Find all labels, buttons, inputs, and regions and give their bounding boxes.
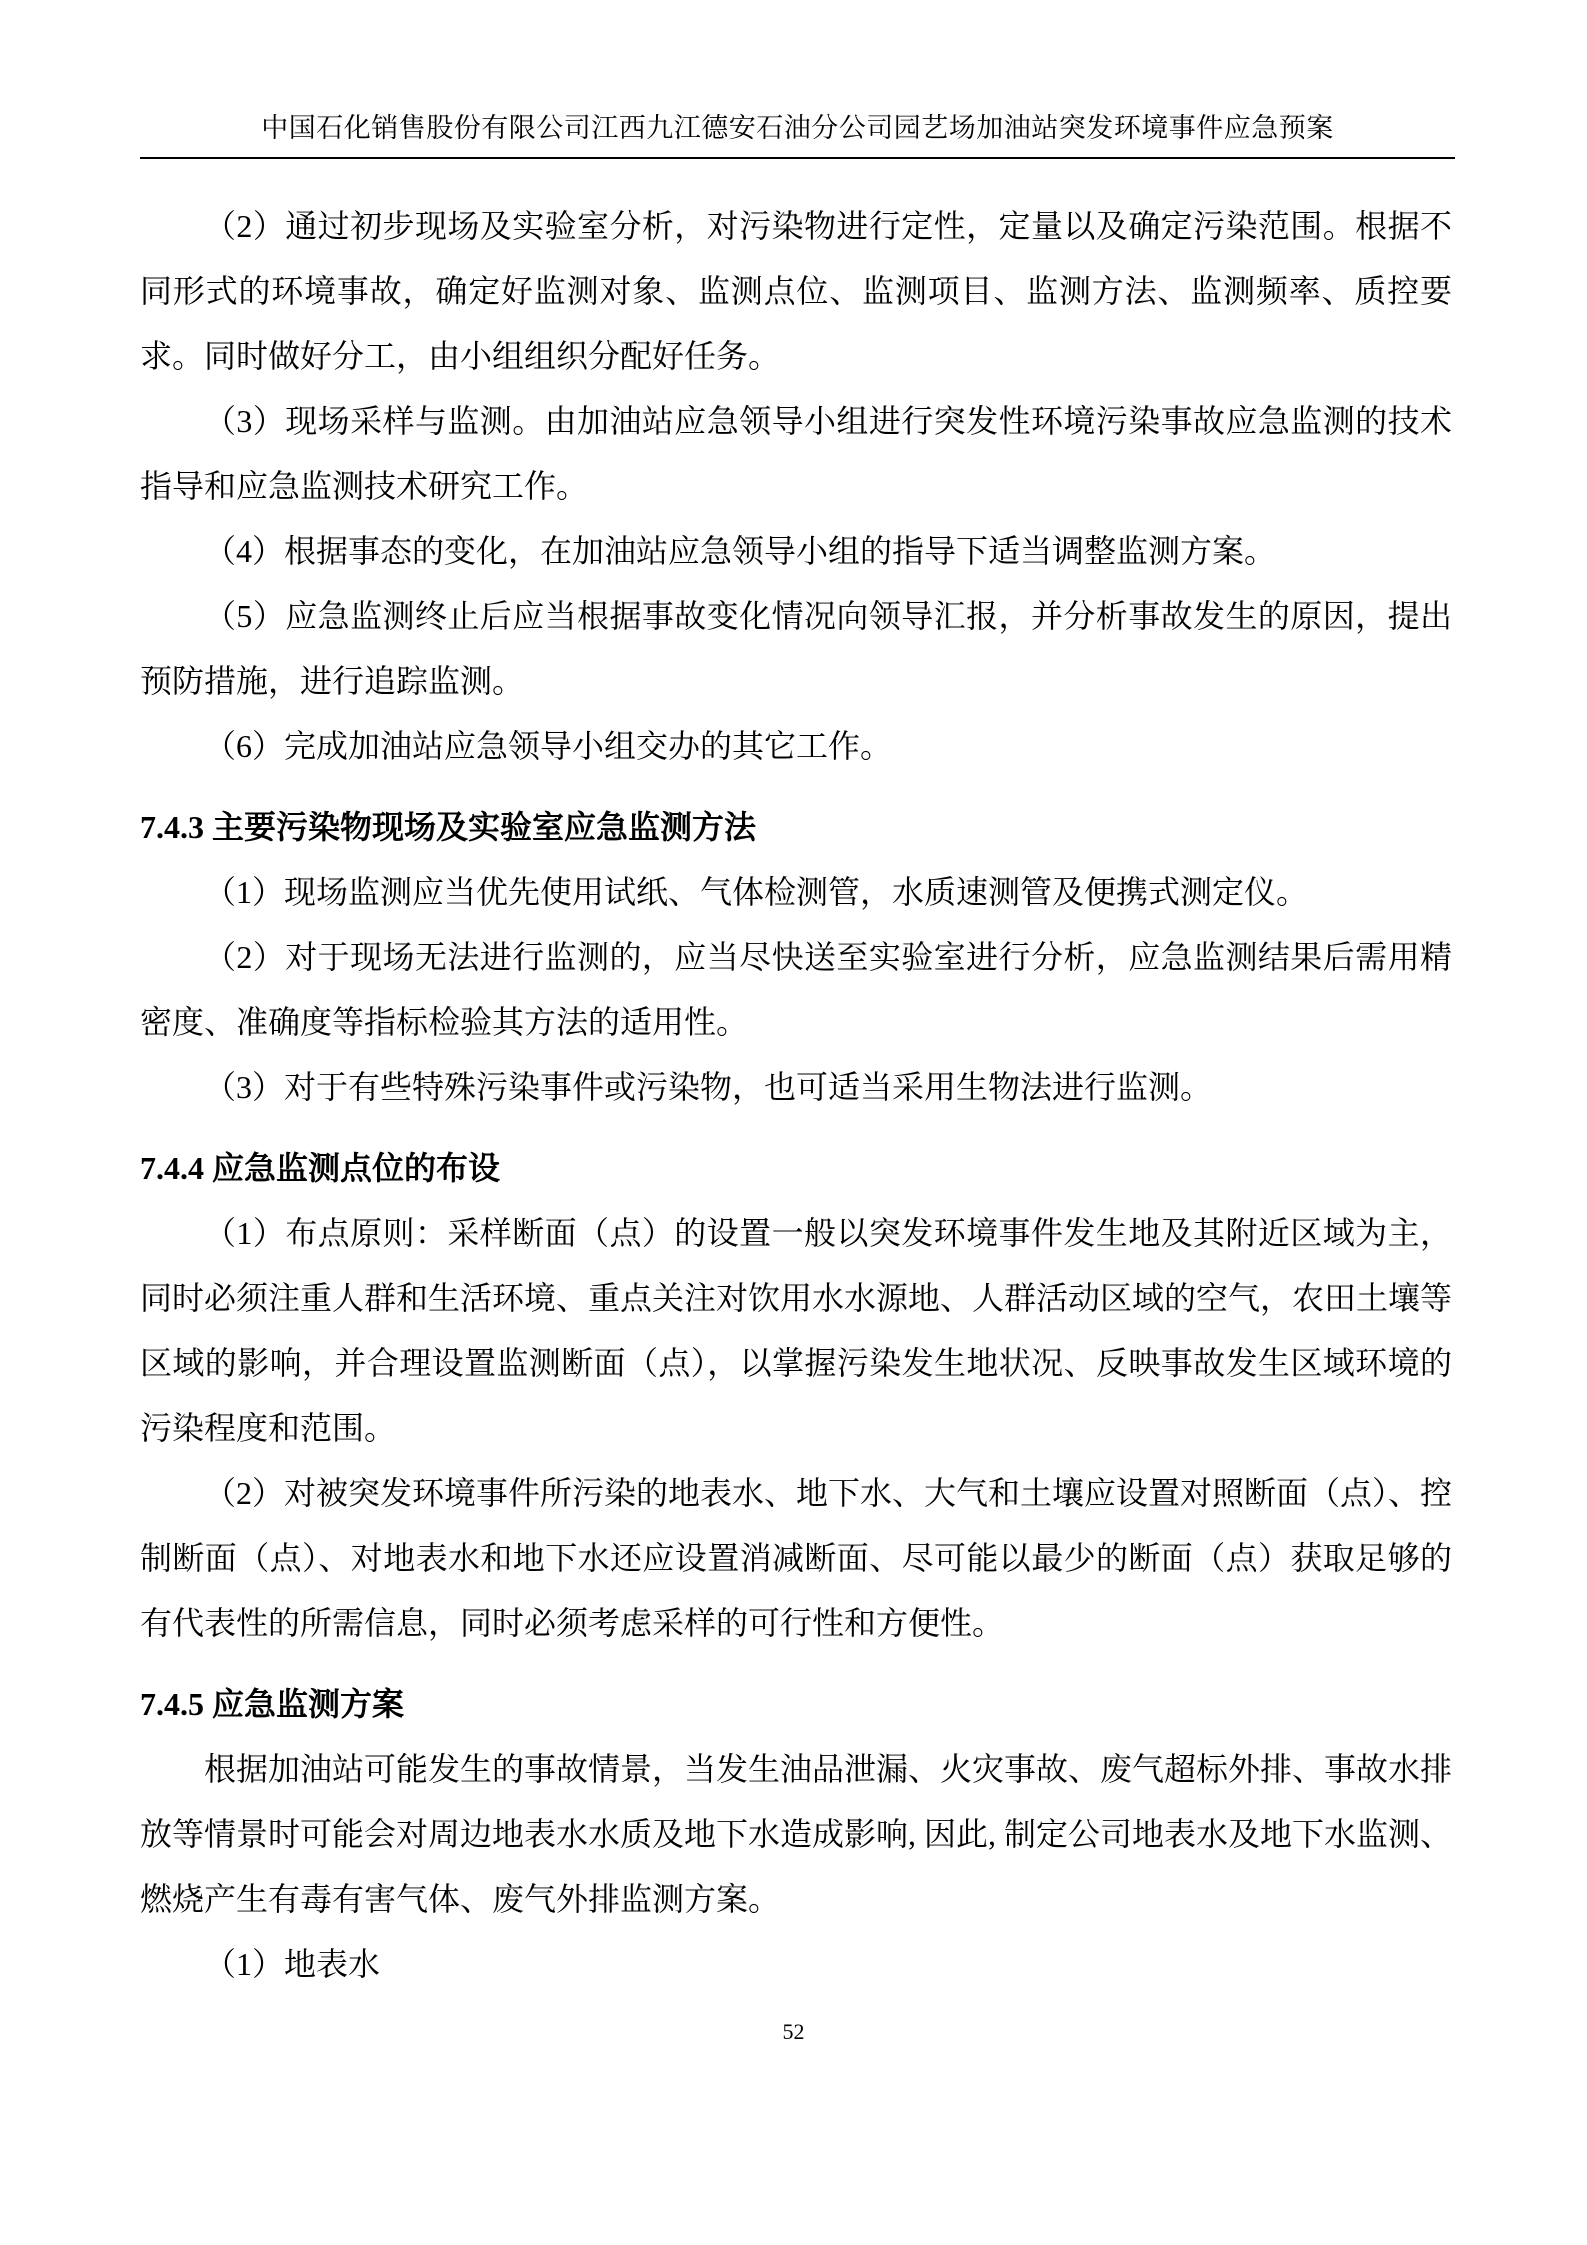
paragraph-5-report-leaders: （5）应急监测终止后应当根据事故变化情况向领导汇报，并分析事故发生的原因，提出预… — [140, 584, 1452, 714]
paragraph-monitoring-method-2: （2）对于现场无法进行监测的，应当尽快送至实验室进行分析，应急监测结果后需用精密… — [140, 925, 1452, 1055]
paragraph-2-lab-analysis: （2）通过初步现场及实验室分析，对污染物进行定性，定量以及确定污染范围。根据不同… — [140, 194, 1452, 389]
page-number: 52 — [0, 2017, 1587, 2047]
paragraph-3-field-sampling: （3）现场采样与监测。由加油站应急领导小组进行突发性环境污染事故应急监测的技术指… — [140, 389, 1452, 519]
section-heading-7-4-3: 7.4.3 主要污染物现场及实验室应急监测方法 — [140, 795, 1452, 860]
page-header-title: 中国石化销售股份有限公司江西九江德安石油分公司园艺场加油站突发环境事件应急预案 — [140, 113, 1455, 143]
document-page: 中国石化销售股份有限公司江西九江德安石油分公司园艺场加油站突发环境事件应急预案 … — [0, 0, 1587, 2245]
section-heading-7-4-5: 7.4.5 应急监测方案 — [140, 1672, 1452, 1737]
section-heading-7-4-4: 7.4.4 应急监测点位的布设 — [140, 1136, 1452, 1201]
paragraph-6-other-tasks: （6）完成加油站应急领导小组交办的其它工作。 — [140, 714, 1452, 779]
paragraph-point-layout-2: （2）对被突发环境事件所污染的地表水、地下水、大气和土壤应设置对照断面（点）、控… — [140, 1461, 1452, 1656]
paragraph-monitoring-method-1: （1）现场监测应当优先使用试纸、气体检测管，水质速测管及便携式测定仪。 — [140, 860, 1452, 925]
paragraph-4-adjust-plan: （4）根据事态的变化，在加油站应急领导小组的指导下适当调整监测方案。 — [140, 519, 1452, 584]
header-divider — [140, 157, 1455, 159]
paragraph-monitoring-plan-intro: 根据加油站可能发生的事故情景，当发生油品泄漏、火灾事故、废气超标外排、事故水排放… — [140, 1737, 1452, 1932]
paragraph-point-layout-1: （1）布点原则：采样断面（点）的设置一般以突发环境事件发生地及其附近区域为主，同… — [140, 1201, 1452, 1461]
document-body: （2）通过初步现场及实验室分析，对污染物进行定性，定量以及确定污染范围。根据不同… — [140, 194, 1452, 1997]
paragraph-monitoring-method-3: （3）对于有些特殊污染事件或污染物，也可适当采用生物法进行监测。 — [140, 1055, 1452, 1120]
paragraph-surface-water-item: （1）地表水 — [140, 1932, 1452, 1997]
